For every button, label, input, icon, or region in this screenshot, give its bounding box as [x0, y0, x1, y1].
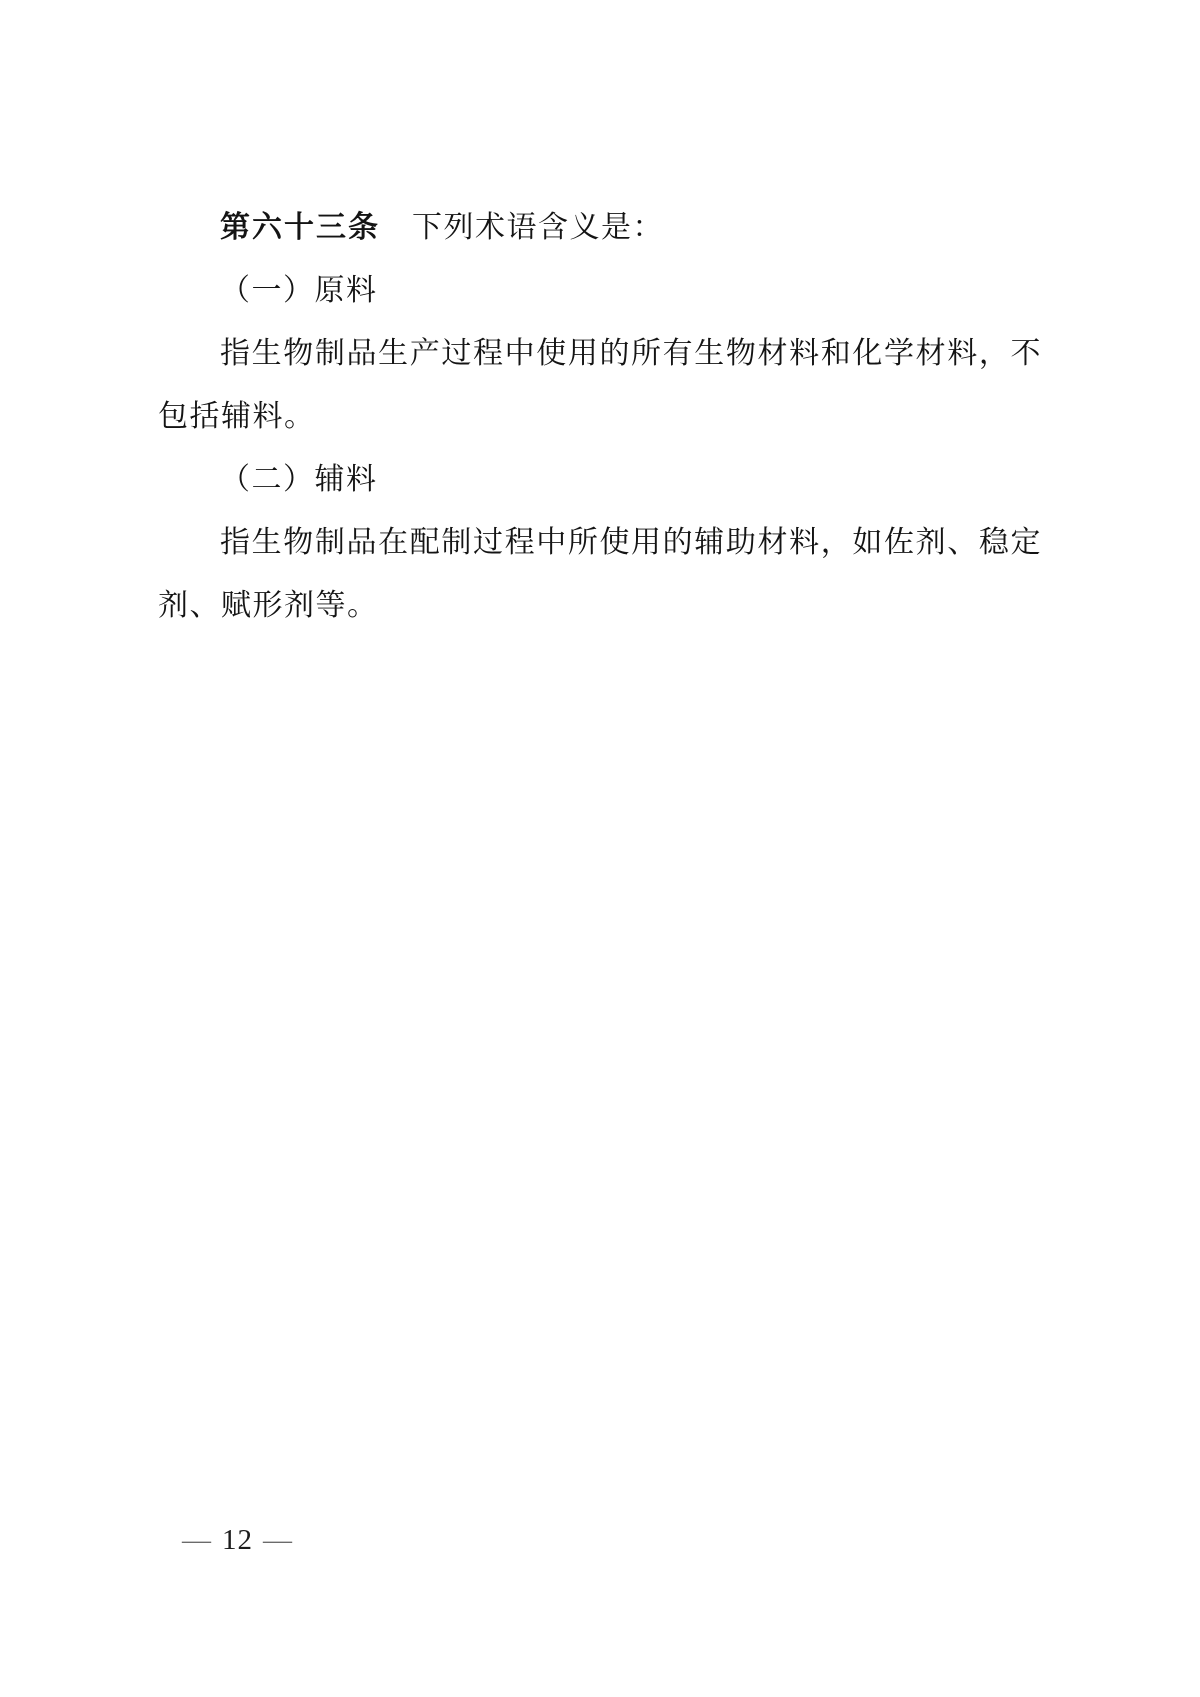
page-footer: —12—	[182, 1523, 293, 1557]
term-item-body: 指生物制品生产过程中使用的所有生物材料和化学材料，不包括辅料。	[158, 322, 1042, 448]
term-item-heading: （一）原料	[158, 259, 1042, 322]
footer-dash-right: —	[263, 1524, 293, 1556]
document-page: 第六十三条下列术语含义是： （一）原料 指生物制品生产过程中使用的所有生物材料和…	[0, 0, 1200, 1697]
article-number: 第六十三条	[220, 211, 380, 244]
term-item-heading: （二）辅料	[158, 448, 1042, 511]
page-number: 12	[212, 1524, 263, 1556]
footer-dash-left: —	[182, 1524, 212, 1556]
article-heading-line: 第六十三条下列术语含义是：	[158, 196, 1042, 259]
article-content: 第六十三条下列术语含义是： （一）原料 指生物制品生产过程中使用的所有生物材料和…	[158, 196, 1042, 637]
term-item-body: 指生物制品在配制过程中所使用的辅助材料，如佐剂、稳定剂、赋形剂等。	[158, 511, 1042, 637]
article-intro: 下列术语含义是：	[412, 211, 664, 244]
